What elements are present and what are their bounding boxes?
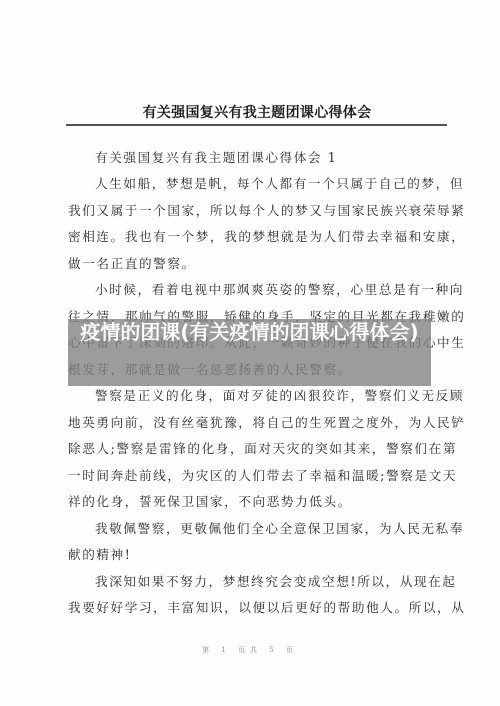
body-line: 我们又属于一个国家，所以每个人的梦又与国家民族兴衰荣辱紧 <box>68 203 465 219</box>
body-line: 人生如船，梦想是帆，每个人都有一个只属于自己的梦，但 <box>95 176 464 192</box>
page-number-footer: 第 1 页共 5 页 <box>0 645 500 655</box>
document-title: 有关强国复兴有我主题团课心得体会 <box>66 102 448 122</box>
title-divider <box>66 124 447 126</box>
body-line: 一时间奔赴前线，为灾区的人们带去了幸福和温暖;警察是文天 <box>68 468 457 484</box>
caption-overlay-text: 疫情的团课(有关疫情的团课心得体会) <box>68 320 431 344</box>
body-line: 密相连。我也有一个梦，我的梦想就是为人们带去幸福和安康， <box>68 229 465 245</box>
body-line: 献的精神! <box>68 547 131 563</box>
body-line: 我要好好学习，丰富知识，以便以后更好的帮助他人。所以，从 <box>68 600 465 616</box>
body-line: 我敬佩警察，更敬佩他们全心全意保卫国家，为人民无私奉 <box>95 521 464 537</box>
body-line: 警察是正义的化身，面对歹徒的凶狠狡诈，警察们义无反顾 <box>95 388 464 404</box>
body-line: 有关强国复兴有我主题团课心得体会 1 <box>95 150 337 166</box>
body-line: 小时候，看着电视中那飒爽英姿的警察，心里总是有一种向 <box>95 282 464 298</box>
body-line: 祥的化身，誓死保卫国家，不向恶势力低头。 <box>68 494 352 510</box>
body-line: 地英勇向前，没有丝毫犹豫，将自己的生死置之度外，为人民铲 <box>68 415 465 431</box>
body-line: 我深知如果不努力，梦想终究会变成空想!所以，从现在起 <box>95 574 457 590</box>
body-line: 做一名正直的警察。 <box>68 256 196 272</box>
body-line: 除恶人;警察是雷锋的化身，面对天灾的突如其来，警察们在第 <box>68 441 457 457</box>
